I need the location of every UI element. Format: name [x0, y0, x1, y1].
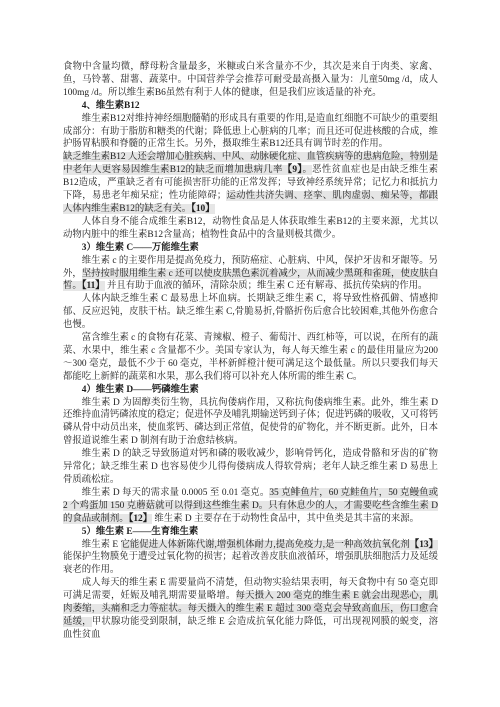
section-heading: 4）维生素 D——钙磷维生素 [63, 384, 438, 397]
text-run: 维生素B12对维持神经细胞髓鞘的形成具有重要的作用,是造血红细胞不可缺少的重要组… [63, 114, 438, 150]
document-page: 食物中含量均微，酵母粉含量最多，米糠或白米含量亦不少，其次是来自于肉类、家禽、鱼… [0, 0, 500, 707]
text-run: 人体自身不能合成维生素B12，动物性食品是人体获取维生素B12的主要来源，尤其以… [63, 217, 438, 240]
paragraph: 人体内缺乏维生素 C 最易患上坏血病。长期缺乏维生素 C，将导致性格孤僻、情感抑… [63, 293, 438, 332]
document-body: 食物中含量均微，酵母粉含量最多，米糠或白米含量亦不少，其次是来自于肉类、家禽、鱼… [63, 61, 438, 642]
paragraph: 维生素B12对维持神经细胞髓鞘的形成具有重要的作用,是造血红细胞不可缺少的重要组… [63, 113, 438, 152]
section-heading: 3）维生素 C——万能维生素 [63, 242, 438, 255]
text-run: 维生素 D 每天的需求量 0.0005 至 0.01 毫克。 [82, 488, 270, 498]
text-run: 5）维生素 E——生育维生素 [82, 527, 198, 537]
text-run: 富含维生素 c 的食物有花菜、青辣椒、橙子、葡萄汁、西红柿等，可以说，在所有的蔬… [63, 333, 438, 382]
highlighted-text-run: 【9】 [283, 165, 303, 175]
text-run: 食物中含量均微，酵母粉含量最多，米糠或白米含量亦不少，其次是来自于肉类、家禽、鱼… [63, 62, 438, 98]
text-run: 人体内缺乏维生素 C 最易患上坏血病。长期缺乏维生素 C，将导致性格孤僻、情感抑… [63, 294, 438, 330]
highlighted-text-run: 。 [302, 165, 312, 175]
highlighted-text-run: 它能促进人体新陈代谢,增强机体耐力,提高免疫力,是一种高效抗氧化剂 [121, 540, 410, 550]
paragraph: 缺乏维生素B12 人还会增加心脏疾病、中风、动脉硬化症、血管疾病等的患病危险，特… [63, 151, 438, 216]
highlighted-text-run: 【11】 [82, 281, 105, 291]
paragraph: 维生素 D 为固醇类衍生物，具抗佝偻病作用，又称抗佝偻病维生素。此外，维生素 D… [63, 397, 438, 449]
text-run: 4、维生素B12 [82, 101, 140, 111]
text-run: 能保护生物膜免于遭受过氧化物的损害；起着改善皮肤血液循环，增强肌肤细胞活力及延缓… [63, 552, 438, 575]
highlighted-text-run: 【13】 [410, 540, 438, 550]
text-run: 3）维生素 C——万能维生素 [82, 243, 199, 253]
paragraph: 成人每天的维生素 E 需要量尚不清楚，但动物实验结果表明，每天食物中有 50 毫… [63, 577, 438, 642]
paragraph: 维生素 c 的主要作用是提高免疫力，预防癌症、心脏病、中风，保护牙齿和牙龈等。另… [63, 255, 438, 294]
text-run: 维生素 D 主要存在于动物性食品中，其中鱼类是其丰富的来源。 [152, 514, 419, 524]
paragraph: 富含维生素 c 的食物有花菜、青辣椒、橙子、葡萄汁、西红柿等，可以说，在所有的蔬… [63, 332, 438, 384]
section-heading: 5）维生素 E——生育维生素 [63, 526, 438, 539]
paragraph: 维生素 D 每天的需求量 0.0005 至 0.01 毫克。35 克鲱鱼片，60… [63, 487, 438, 526]
paragraph: 人体自身不能合成维生素B12，动物性食品是人体获取维生素B12的主要来源，尤其以… [63, 216, 438, 242]
text-run: 维生素 D 为固醇类衍生物，具抗佝偻病作用，又称抗佝偻病维生素。此外，维生素 D… [63, 398, 438, 447]
text-run: 并且有助于血液的循环，清除杂质；维生素 C 还有解毒、抵抗传染病的作用。 [105, 281, 428, 291]
highlighted-text-run: 【12】 [129, 514, 152, 524]
text-run: 4）维生素 D——钙磷维生素 [82, 385, 199, 395]
text-run: 维生素 E [82, 540, 121, 550]
text-run: 维生素 D 的缺乏导致肠道对钙和磷的吸收减少，影响骨钙化，造成骨骼和牙齿的矿物异… [63, 449, 438, 485]
paragraph: 维生素 D 的缺乏导致肠道对钙和磷的吸收减少，影响骨钙化，造成骨骼和牙齿的矿物异… [63, 448, 438, 487]
paragraph: 维生素 E 它能促进人体新陈代谢,增强机体耐力,提高免疫力,是一种高效抗氧化剂【… [63, 539, 438, 578]
highlighted-text-run: 【10】 [191, 204, 214, 214]
text-run: 甲状腺功能受到限制，缺乏维 E 会造成抗氧化能力降低，可出现视网膜的蜕变，溶血性… [63, 617, 438, 640]
section-heading: 4、维生素B12 [63, 100, 438, 113]
paragraph: 食物中含量均微，酵母粉含量最多，米糠或白米含量亦不少，其次是来自于肉类、家禽、鱼… [63, 61, 438, 100]
